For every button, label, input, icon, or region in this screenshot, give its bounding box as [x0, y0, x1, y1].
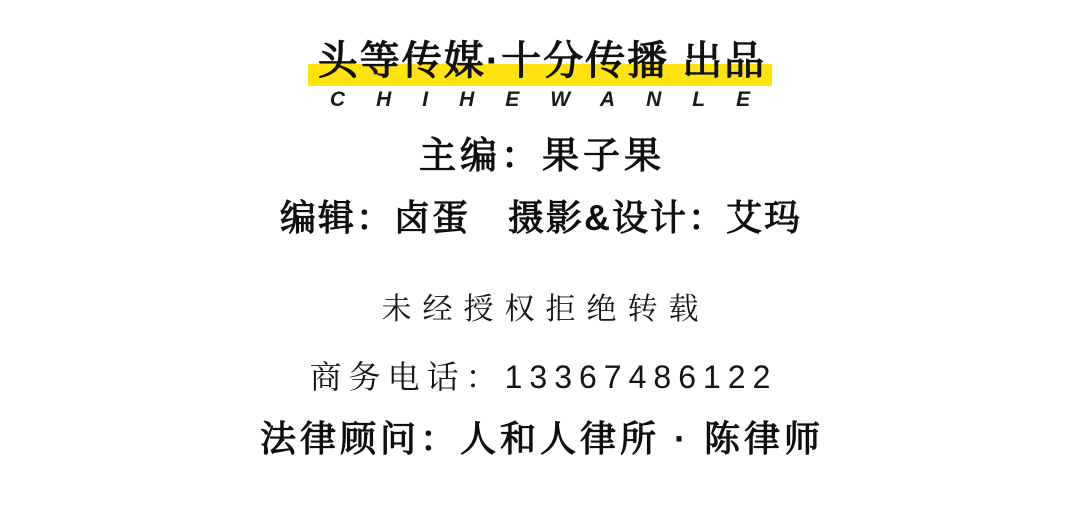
business-phone-line: 商务电话：13367486122 — [303, 358, 778, 396]
chief-editor-line: 主编：果子果 — [415, 136, 665, 176]
no-reprint-notice: 未经授权拒绝转载 — [371, 292, 710, 328]
publisher-line-wrap: 头等传媒·十分传播 出品 — [299, 36, 781, 86]
legal-advisor-line: 法律顾问：人和人律所 · 陈律师 — [256, 418, 824, 460]
credits-poster: 头等传媒·十分传播 出品 CHIHEWANLE 主编：果子果 编辑：卤蛋 摄影&… — [0, 0, 1080, 522]
publisher-line: 头等传媒·十分传播 出品 — [308, 36, 772, 86]
masthead: 头等传媒·十分传播 出品 CHIHEWANLE — [299, 0, 781, 112]
editor-design-line: 编辑：卤蛋 摄影&设计：艾玛 — [278, 198, 802, 238]
brand-latin-name: CHIHEWANLE — [299, 88, 781, 112]
